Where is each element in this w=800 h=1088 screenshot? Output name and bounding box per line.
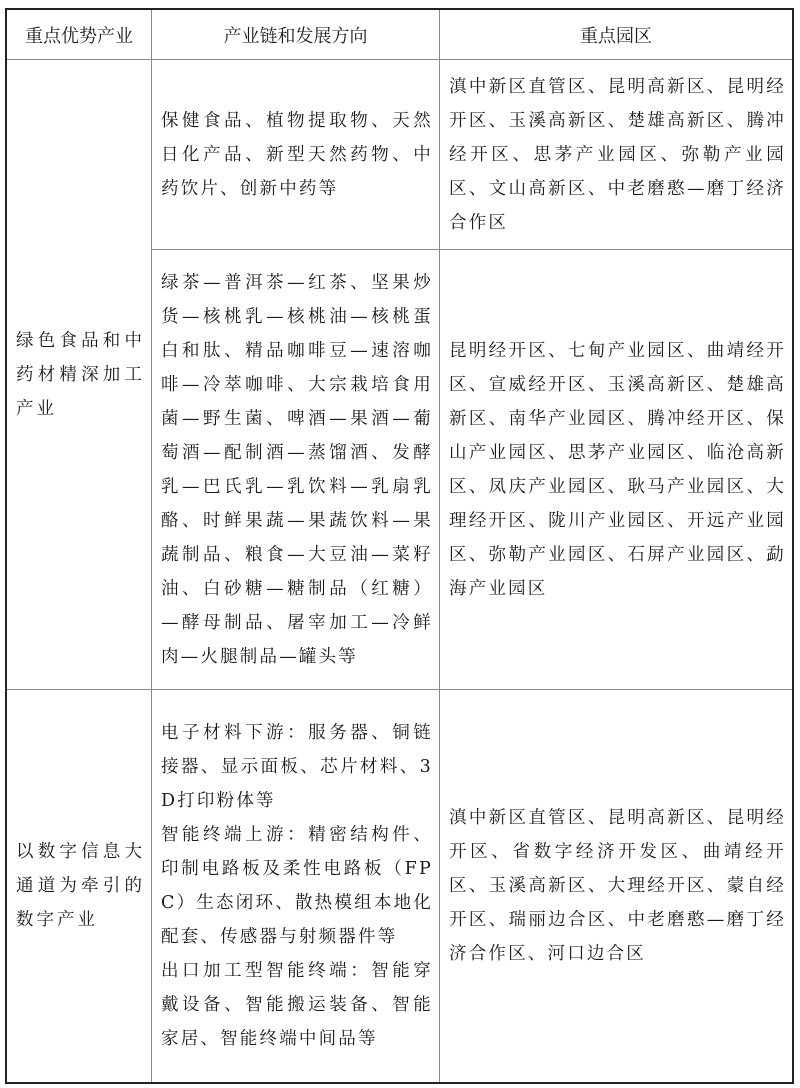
parks-cell: 昆明经开区、七甸产业园区、曲靖经开区、宣威经开区、玉溪高新区、楚雄高新区、南华产…: [440, 250, 792, 689]
parks-text: 滇中新区直管区、昆明高新区、昆明经开区、玉溪高新区、楚雄高新区、腾冲经开区、思茅…: [449, 70, 786, 240]
chain-text: 保健食品、植物提取物、天然日化产品、新型天然药物、中药饮片、创新中药等: [161, 104, 433, 206]
parks-text: 昆明经开区、七甸产业园区、曲靖经开区、宣威经开区、玉溪高新区、楚雄高新区、南华产…: [449, 334, 786, 606]
parks-text: 滇中新区直管区、昆明高新区、昆明经开区、省数字经济开发区、曲靖经开区、玉溪高新区…: [449, 801, 786, 971]
chain-cell: 保健食品、植物提取物、天然日化产品、新型天然药物、中药饮片、创新中药等: [152, 60, 439, 249]
header-chain: 产业链和发展方向: [152, 10, 439, 59]
chain-cell: 绿茶—普洱茶—红茶、坚果炒货—核桃乳—核桃油—核桃蛋白和肽、精品咖啡豆—速溶咖啡…: [152, 250, 439, 689]
chain-paragraph: 智能终端上游：精密结构件、印制电路板及柔性电路板（FPC）生态闭环、散热模组本地…: [161, 818, 433, 954]
parks-cell: 滇中新区直管区、昆明高新区、昆明经开区、省数字经济开发区、曲靖经开区、玉溪高新区…: [440, 690, 792, 1082]
industry-digital: 以数字信息大通道为牵引的数字产业: [7, 690, 151, 1082]
chain-paragraph: 出口加工型智能终端：智能穿戴设备、智能搬运装备、智能家居、智能终端中间品等: [161, 954, 433, 1056]
industry-label: 绿色食品和中药材精深加工产业: [16, 324, 145, 426]
industry-label: 以数字信息大通道为牵引的数字产业: [16, 835, 145, 937]
chain-text: 绿茶—普洱茶—红茶、坚果炒货—核桃乳—核桃油—核桃蛋白和肽、精品咖啡豆—速溶咖啡…: [161, 266, 433, 674]
chain-paragraph: 电子材料下游：服务器、铜链接器、显示面板、芯片材料、3D打印粉体等: [161, 716, 433, 818]
industry-table: 重点优势产业 产业链和发展方向 重点园区 绿色食品和中药材精深加工产业 保健食品…: [5, 8, 794, 1084]
parks-cell: 滇中新区直管区、昆明高新区、昆明经开区、玉溪高新区、楚雄高新区、腾冲经开区、思茅…: [440, 60, 792, 249]
header-parks: 重点园区: [440, 10, 792, 59]
header-industry: 重点优势产业: [7, 10, 151, 59]
chain-cell: 电子材料下游：服务器、铜链接器、显示面板、芯片材料、3D打印粉体等 智能终端上游…: [152, 690, 439, 1082]
industry-green-food: 绿色食品和中药材精深加工产业: [7, 60, 151, 689]
